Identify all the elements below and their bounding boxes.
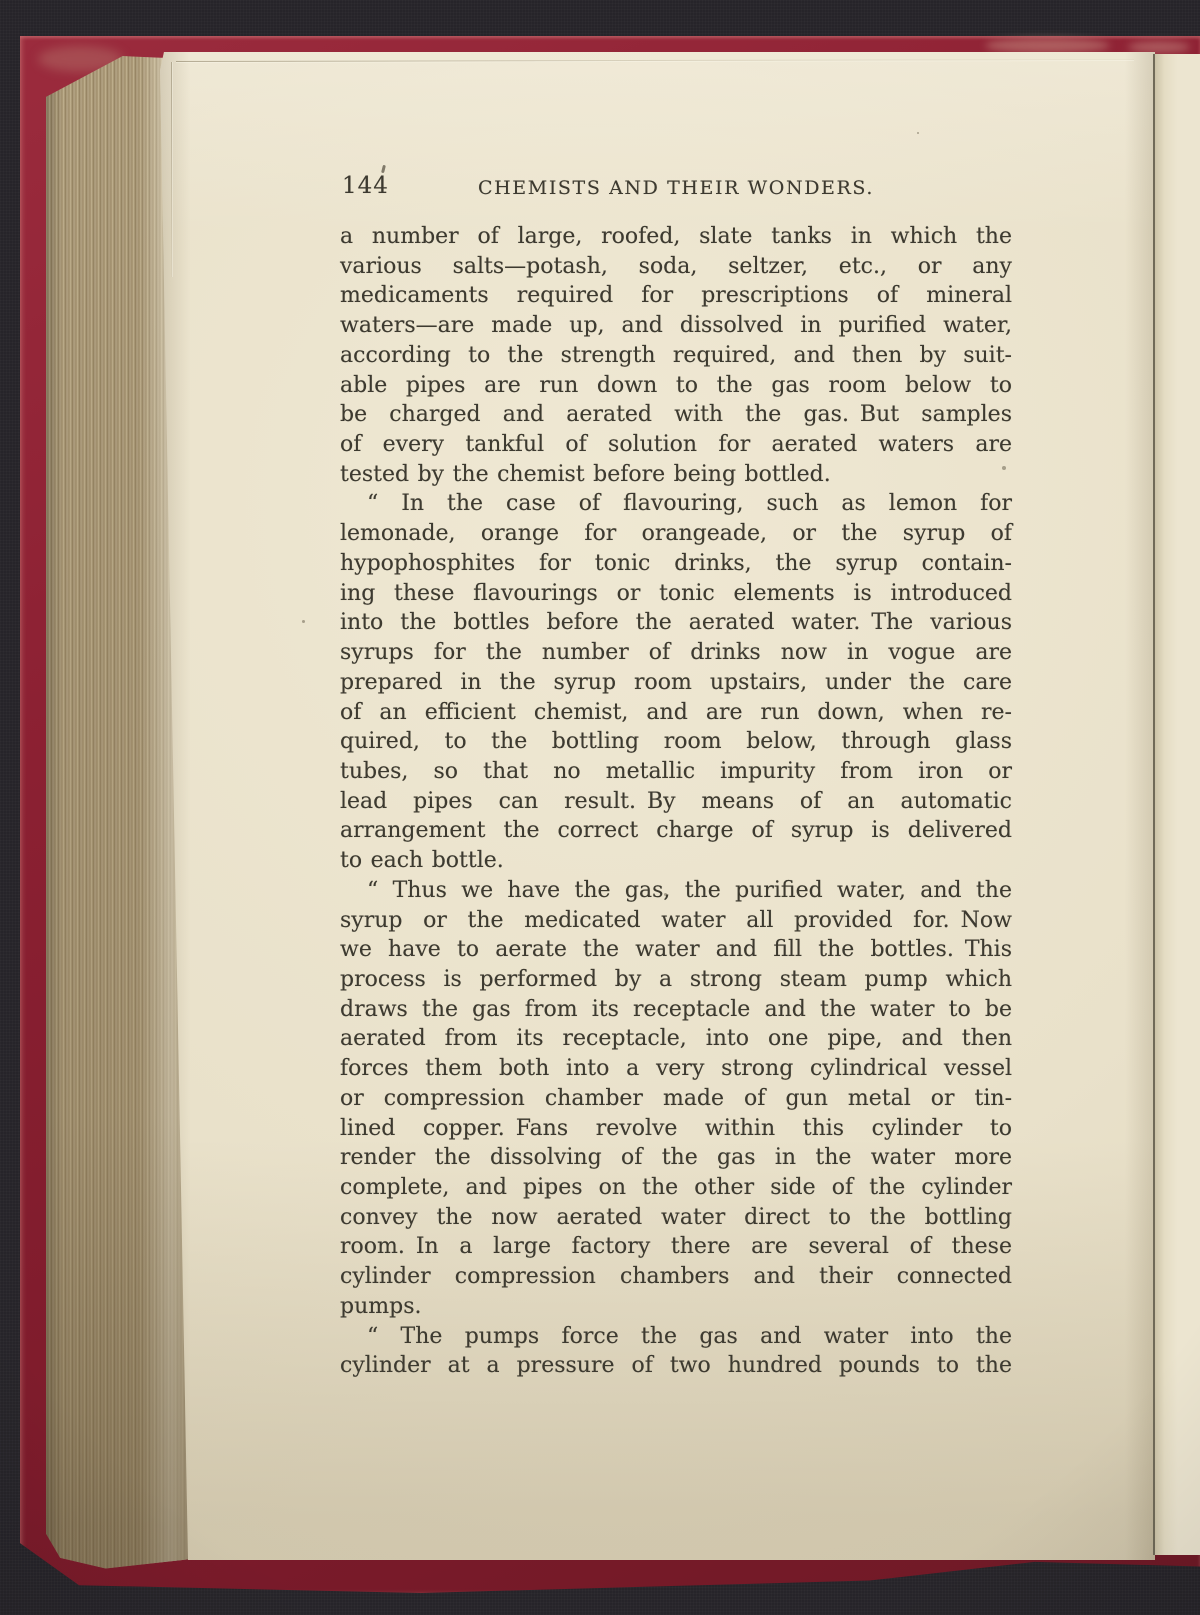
page-text: a number of large, roofed, slate tanks i… xyxy=(340,222,1012,1381)
page-emboss-line-vertical xyxy=(171,62,172,277)
text-line: be charged and aerated with the gas. But… xyxy=(340,400,1012,430)
text-line: we have to aerate the water and fill the… xyxy=(340,935,1012,965)
text-line: of an efficient chemist, and are run dow… xyxy=(340,698,1012,728)
paper-speck xyxy=(302,620,305,623)
text-line: arrangement the correct charge of syrup … xyxy=(340,816,1012,846)
text-line: complete, and pipes on the other side of… xyxy=(340,1173,1012,1203)
cover-wear-mark xyxy=(1128,41,1190,53)
text-line: quired, to the bottling room below, thro… xyxy=(340,727,1012,757)
text-line: of every tankful of solution for aerated… xyxy=(340,430,1012,460)
text-line: ing these flavourings or tonic elements … xyxy=(340,579,1012,609)
text-line: “ In the case of flavouring, such as lem… xyxy=(340,489,1012,519)
text-line: lead pipes can result. By means of an au… xyxy=(340,787,1012,817)
text-line: convey the now aerated water direct to t… xyxy=(340,1203,1012,1233)
text-line: into the bottles before the aerated wate… xyxy=(340,608,1012,638)
text-line: a number of large, roofed, slate tanks i… xyxy=(340,222,1012,252)
text-line: syrup or the medicated water all provide… xyxy=(340,906,1012,936)
paper-speck xyxy=(917,132,919,134)
text-line: cylinder compression chambers and their … xyxy=(340,1262,1012,1292)
photo-background: 144 CHEMISTS AND THEIR WONDERS. a number… xyxy=(0,0,1200,1615)
text-line: “ The pumps force the gas and water into… xyxy=(340,1322,1012,1352)
text-line: “ Thus we have the gas, the purified wat… xyxy=(340,876,1012,906)
text-line: various salts—potash, soda, seltzer, etc… xyxy=(340,252,1012,282)
paper-speck xyxy=(664,893,667,896)
text-line: forces them both into a very strong cyli… xyxy=(340,1054,1012,1084)
text-line: cylinder at a pressure of two hundred po… xyxy=(340,1351,1012,1381)
facing-page-sliver xyxy=(1153,54,1200,1555)
cover-wear-mark xyxy=(985,38,1110,53)
text-line: lemonade, orange for orangeade, or the s… xyxy=(340,519,1012,549)
text-line: render the dissolving of the gas in the … xyxy=(340,1143,1012,1173)
text-line: draws the gas from its receptacle and th… xyxy=(340,995,1012,1025)
text-line: tested by the chemist before being bottl… xyxy=(340,460,1012,490)
text-line: or compression chamber made of gun metal… xyxy=(340,1084,1012,1114)
text-line: pumps. xyxy=(340,1292,1012,1322)
text-line: room. In a large factory there are sever… xyxy=(340,1232,1012,1262)
text-line: able pipes are run down to the gas room … xyxy=(340,371,1012,401)
text-line: aerated from its receptacle, into one pi… xyxy=(340,1024,1012,1054)
text-line: to each bottle. xyxy=(340,846,1012,876)
text-line: lined copper. Fans revolve within this c… xyxy=(340,1114,1012,1144)
text-line: syrups for the number of drinks now in v… xyxy=(340,638,1012,668)
paper-speck xyxy=(1002,466,1006,470)
text-line: process is performed by a strong steam p… xyxy=(340,965,1012,995)
text-line: according to the strength required, and … xyxy=(340,341,1012,371)
text-line: medicaments required for prescriptions o… xyxy=(340,281,1012,311)
running-header: CHEMISTS AND THEIR WONDERS. xyxy=(340,177,1012,199)
text-line: hypophosphites for tonic drinks, the syr… xyxy=(340,549,1012,579)
text-line: waters—are made up, and dissolved in pur… xyxy=(340,311,1012,341)
text-line: tubes, so that no metallic impurity from… xyxy=(340,757,1012,787)
text-line: prepared in the syrup room upstairs, und… xyxy=(340,668,1012,698)
